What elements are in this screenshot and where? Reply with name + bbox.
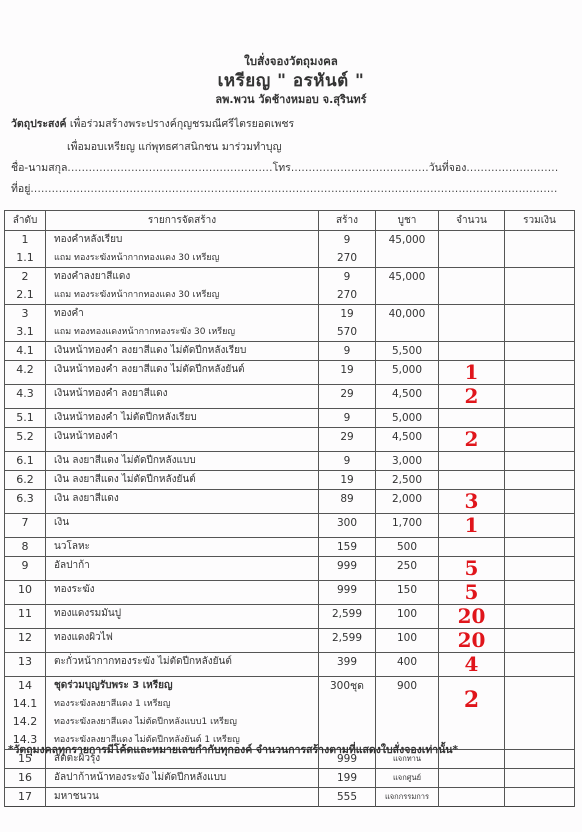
row-item: ทองคำลงยาสีแดง: [46, 268, 319, 287]
row-price: 4,500: [376, 428, 439, 452]
row-price: 900: [376, 677, 439, 696]
row-price: 45,000: [376, 231, 439, 250]
row-total-field[interactable]: [505, 409, 575, 428]
row-item: เงิน ลงยาสีแดง: [46, 490, 319, 514]
row-number: 14.2: [5, 713, 46, 731]
row-made: 19: [319, 305, 376, 324]
row-price: 150: [376, 581, 439, 605]
row-number: 1: [5, 231, 46, 250]
handwritten-qty: 20: [458, 607, 486, 625]
row-qty-field[interactable]: 2: [439, 385, 505, 409]
row-made: 9: [319, 231, 376, 250]
row-price: 5,000: [376, 361, 439, 385]
handwritten-qty: 1: [465, 516, 479, 534]
row-total-field[interactable]: [505, 605, 575, 629]
row-qty-field[interactable]: [439, 452, 505, 471]
date-field[interactable]: ..........................: [466, 162, 558, 174]
name-field[interactable]: ........................................…: [67, 162, 272, 174]
row-item: เงินหน้าทองคำ ลงยาสีแดง ไม่ตัดปีกหลังยัน…: [46, 361, 319, 385]
handwritten-qty: 2: [465, 387, 479, 405]
row-qty-field[interactable]: 20: [439, 605, 505, 629]
purpose-text-2: เพื่อมอบเหรียญ แก่พุทธศาสนิกชน มาร่วมทำบ…: [67, 138, 282, 155]
row-made: 9: [319, 268, 376, 287]
footer-note: *วัตถุมงคลทุกรายการมีโค้ดและหมายเลขกำกับ…: [8, 741, 458, 758]
row-price: 3,000: [376, 452, 439, 471]
purpose-line: วัตถุประสงค์ เพื่อร่วมสร้างพระปรางค์กุญช…: [11, 115, 294, 132]
row-made: 300ชุด: [319, 677, 376, 696]
col-header-total: รวมเงิน: [505, 211, 575, 231]
row-made: 9: [319, 452, 376, 471]
row-qty-field[interactable]: 1: [439, 361, 505, 385]
row-made: [319, 713, 376, 731]
row-total-field[interactable]: [505, 490, 575, 514]
row-item: ตะกั่วหน้ากากทองระฆัง ไม่ตัดปีกหลังยันต์: [46, 653, 319, 677]
name-label: ชื่อ-นามสกุล: [11, 162, 67, 174]
row-number: 9: [5, 557, 46, 581]
row-qty-field[interactable]: [439, 231, 505, 268]
row-made: 29: [319, 428, 376, 452]
row-item: ทองคำหลังเรียบ: [46, 231, 319, 250]
row-total-field[interactable]: [505, 629, 575, 653]
row-made: 2,599: [319, 605, 376, 629]
row-made: 19: [319, 361, 376, 385]
row-price: 2,000: [376, 490, 439, 514]
row-price: 500: [376, 538, 439, 557]
col-header-made: สร้าง: [319, 211, 376, 231]
row-price: 400: [376, 653, 439, 677]
row-item: อัลปาก้า: [46, 557, 319, 581]
row-item: ทองระฆังลงยาสีแดง 1 เหรียญ: [46, 695, 319, 713]
row-price: 250: [376, 557, 439, 581]
row-made: 199: [319, 769, 376, 788]
row-price: 4,500: [376, 385, 439, 409]
row-qty-field[interactable]: 2: [439, 677, 505, 750]
row-number: 17: [5, 788, 46, 807]
row-item: ทองแดงรมมันปู: [46, 605, 319, 629]
handwritten-qty: 5: [465, 583, 479, 601]
row-number: 5.1: [5, 409, 46, 428]
row-number: 16: [5, 769, 46, 788]
handwritten-qty: 4: [465, 655, 479, 673]
row-item: เงิน: [46, 514, 319, 538]
row-total-field[interactable]: [505, 769, 575, 788]
row-total-field[interactable]: [505, 268, 575, 305]
row-qty-field[interactable]: 20: [439, 629, 505, 653]
row-made: 270: [319, 249, 376, 268]
row-made: 9: [319, 342, 376, 361]
row-number: 10: [5, 581, 46, 605]
table-row: 13ตะกั่วหน้ากากทองระฆัง ไม่ตัดปีกหลังยัน…: [5, 653, 575, 677]
row-qty-field[interactable]: [439, 305, 505, 342]
row-made: 2,599: [319, 629, 376, 653]
purpose-text-1: เพื่อร่วมสร้างพระปรางค์กุญชรมณีศรีไตรยอด…: [70, 118, 294, 130]
table-row: 9อัลปาก้า9992505: [5, 557, 575, 581]
row-price: แจกศูนย์: [376, 769, 439, 788]
row-number: 14.1: [5, 695, 46, 713]
row-number: 6.2: [5, 471, 46, 490]
row-price: [376, 695, 439, 713]
row-total-field[interactable]: [505, 750, 575, 769]
row-number: 8: [5, 538, 46, 557]
col-header-no: ลำดับ: [5, 211, 46, 231]
row-number: 4.3: [5, 385, 46, 409]
row-number: 12: [5, 629, 46, 653]
row-number: 4.2: [5, 361, 46, 385]
row-price: 40,000: [376, 305, 439, 324]
table-header-row: ลำดับ รายการจัดสร้าง สร้าง บูชา จำนวน รว…: [5, 211, 575, 231]
row-item: ทองคำ: [46, 305, 319, 324]
table-row: 1ทองคำหลังเรียบ945,000: [5, 231, 575, 250]
phone-label: โทร: [273, 162, 291, 174]
row-price: แจกกรรมการ: [376, 788, 439, 807]
table-row: 14ชุดร่วมบุญรับพระ 3 เหรียญ300ชุด9002: [5, 677, 575, 696]
row-number: 4.1: [5, 342, 46, 361]
row-qty-field[interactable]: [439, 538, 505, 557]
row-made: 999: [319, 557, 376, 581]
row-total-field[interactable]: [505, 452, 575, 471]
row-made: 270: [319, 286, 376, 305]
row-made: 89: [319, 490, 376, 514]
row-item: เงิน ลงยาสีแดง ไม่ตัดปีกหลังยันต์: [46, 471, 319, 490]
row-made: 999: [319, 581, 376, 605]
row-made: 9: [319, 409, 376, 428]
col-header-price: บูชา: [376, 211, 439, 231]
table-row: 3ทองคำ1940,000: [5, 305, 575, 324]
handwritten-qty: 1: [465, 363, 479, 381]
date-label: วันที่จอง: [429, 162, 467, 174]
row-price: 2,500: [376, 471, 439, 490]
row-total-field[interactable]: [505, 514, 575, 538]
table-row: 6.2เงิน ลงยาสีแดง ไม่ตัดปีกหลังยันต์192,…: [5, 471, 575, 490]
table-row: 12ทองแดงผิวไฟ2,59910020: [5, 629, 575, 653]
table-row: 2ทองคำลงยาสีแดง945,000: [5, 268, 575, 287]
address-field[interactable]: ........................................…: [30, 183, 557, 195]
handwritten-qty: 2: [464, 691, 479, 709]
table-row: 7เงิน3001,7001: [5, 514, 575, 538]
row-total-field[interactable]: [505, 471, 575, 490]
row-qty-field[interactable]: [439, 268, 505, 305]
handwritten-qty: 2: [465, 430, 479, 448]
table-row: 4.2เงินหน้าทองคำ ลงยาสีแดง ไม่ตัดปีกหลัง…: [5, 361, 575, 385]
table-row: 4.1เงินหน้าทองคำ ลงยาสีแดง ไม่ตัดปีกหลัง…: [5, 342, 575, 361]
row-price: [376, 713, 439, 731]
row-price: [376, 286, 439, 305]
col-header-item: รายการจัดสร้าง: [46, 211, 319, 231]
address-label: ที่อยู่: [11, 183, 30, 195]
table-row: 8นวโลหะ159500: [5, 538, 575, 557]
table-row: 16อัลปาก้าหน้าทองระฆัง ไม่ตัดปีกหลังแบบ1…: [5, 769, 575, 788]
row-number: 6.1: [5, 452, 46, 471]
row-item: เงินหน้าทองคำ: [46, 428, 319, 452]
order-table: ลำดับ รายการจัดสร้าง สร้าง บูชา จำนวน รว…: [4, 210, 575, 807]
row-number: 6.3: [5, 490, 46, 514]
row-made: 399: [319, 653, 376, 677]
row-number: 3.1: [5, 323, 46, 342]
row-total-field[interactable]: [505, 231, 575, 268]
address-row: ที่อยู่.................................…: [11, 180, 558, 197]
row-item: เงิน ลงยาสีแดง ไม่ตัดปีกหลังแบบ: [46, 452, 319, 471]
row-item: แถม ทองระฆังหน้ากากทองแดง 30 เหรียญ: [46, 286, 319, 305]
row-price: 1,700: [376, 514, 439, 538]
row-made: 555: [319, 788, 376, 807]
row-number: 1.1: [5, 249, 46, 268]
row-qty-field[interactable]: 3: [439, 490, 505, 514]
row-item: ทองระฆัง: [46, 581, 319, 605]
row-item: เงินหน้าทองคำ ลงยาสีแดง ไม่ตัดปีกหลังเรี…: [46, 342, 319, 361]
row-item: อัลปาก้าหน้าทองระฆัง ไม่ตัดปีกหลังแบบ: [46, 769, 319, 788]
row-made: 29: [319, 385, 376, 409]
row-price: [376, 249, 439, 268]
row-qty-field[interactable]: 2: [439, 428, 505, 452]
row-number: 7: [5, 514, 46, 538]
row-item: ทองแดงผิวไฟ: [46, 629, 319, 653]
table-row: 5.1เงินหน้าทองคำ ไม่ตัดปีกหลังเรียบ95,00…: [5, 409, 575, 428]
row-qty-field[interactable]: [439, 409, 505, 428]
table-row: 6.1เงิน ลงยาสีแดง ไม่ตัดปีกหลังแบบ93,000: [5, 452, 575, 471]
table-row: 10ทองระฆัง9991505: [5, 581, 575, 605]
row-price: 100: [376, 629, 439, 653]
row-total-field[interactable]: [505, 538, 575, 557]
row-qty-field[interactable]: [439, 342, 505, 361]
row-made: 19: [319, 471, 376, 490]
row-number: 13: [5, 653, 46, 677]
handwritten-qty: 5: [465, 559, 479, 577]
row-qty-field[interactable]: [439, 788, 505, 807]
issuer: ลพ.พวน วัดช้างหมอบ จ.สุรินทร์: [0, 90, 582, 108]
row-number: 2.1: [5, 286, 46, 305]
purpose-label: วัตถุประสงค์: [11, 118, 67, 130]
row-number: 11: [5, 605, 46, 629]
row-made: 300: [319, 514, 376, 538]
row-number: 3: [5, 305, 46, 324]
handwritten-qty: 3: [465, 492, 479, 510]
row-item: เงินหน้าทองคำ ไม่ตัดปีกหลังเรียบ: [46, 409, 319, 428]
row-item: เงินหน้าทองคำ ลงยาสีแดง: [46, 385, 319, 409]
row-item: แถม ทองระฆังหน้ากากทองแดง 30 เหรียญ: [46, 249, 319, 268]
row-item: แถม ทองทองแดงหน้ากากทองระฆัง 30 เหรียญ: [46, 323, 319, 342]
row-total-field[interactable]: [505, 361, 575, 385]
handwritten-qty: 20: [458, 631, 486, 649]
table-row: 4.3เงินหน้าทองคำ ลงยาสีแดง294,5002: [5, 385, 575, 409]
row-qty-field[interactable]: 5: [439, 581, 505, 605]
row-number: 2: [5, 268, 46, 287]
row-item: ทองระฆังลงยาสีแดง ไม่ตัดปีกหลังแบบ1 เหรี…: [46, 713, 319, 731]
table-row: 11ทองแดงรมมันปู2,59910020: [5, 605, 575, 629]
row-qty-field[interactable]: 4: [439, 653, 505, 677]
row-made: 159: [319, 538, 376, 557]
name-phone-date-row: ชื่อ-นามสกุล............................…: [11, 159, 558, 176]
row-total-field[interactable]: [505, 342, 575, 361]
row-price: 5,500: [376, 342, 439, 361]
col-header-qty: จำนวน: [439, 211, 505, 231]
row-number: 14: [5, 677, 46, 696]
row-item: มหาชนวน: [46, 788, 319, 807]
row-number: 5.2: [5, 428, 46, 452]
row-total-field[interactable]: [505, 788, 575, 807]
table-row: 6.3เงิน ลงยาสีแดง892,0003: [5, 490, 575, 514]
row-qty-field[interactable]: [439, 471, 505, 490]
row-price: 5,000: [376, 409, 439, 428]
phone-field[interactable]: .......................................: [291, 162, 429, 174]
row-qty-field[interactable]: [439, 769, 505, 788]
row-total-field[interactable]: [505, 305, 575, 342]
table-row: 17มหาชนวน555แจกกรรมการ: [5, 788, 575, 807]
row-price: 100: [376, 605, 439, 629]
row-made: [319, 695, 376, 713]
table-row: 5.2เงินหน้าทองคำ294,5002: [5, 428, 575, 452]
row-item: นวโลหะ: [46, 538, 319, 557]
row-price: 45,000: [376, 268, 439, 287]
row-item: ชุดร่วมบุญรับพระ 3 เหรียญ: [46, 677, 319, 696]
row-total-field[interactable]: [505, 653, 575, 677]
row-total-field[interactable]: [505, 557, 575, 581]
row-total-field[interactable]: [505, 385, 575, 409]
row-total-field[interactable]: [505, 677, 575, 750]
row-qty-field[interactable]: 1: [439, 514, 505, 538]
row-qty-field[interactable]: 5: [439, 557, 505, 581]
row-total-field[interactable]: [505, 428, 575, 452]
row-made: 570: [319, 323, 376, 342]
row-price: [376, 323, 439, 342]
row-total-field[interactable]: [505, 581, 575, 605]
